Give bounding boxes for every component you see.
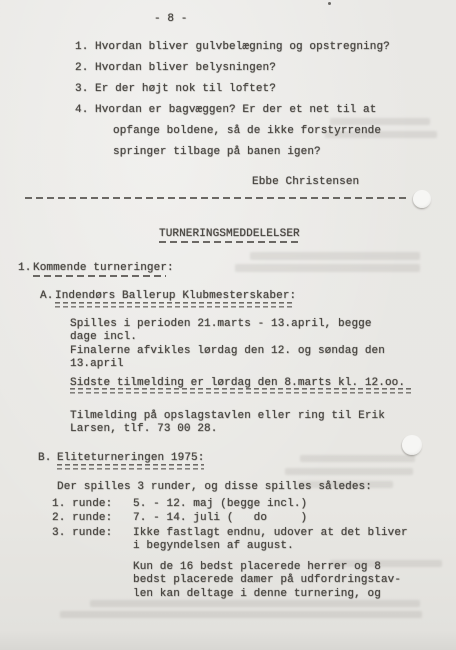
round-label: 1. runde: <box>52 498 112 511</box>
note-line: Kun de 16 bedst placerede herrer og 8 <box>133 561 381 574</box>
paragraph-line: Spilles i perioden 21.marts - 13.april, … <box>70 318 372 331</box>
heading-underline <box>159 241 298 243</box>
paragraph-line: Larsen, tlf. 73 00 28. <box>70 423 217 436</box>
document-heading: TURNERINGSMEDDELELSER <box>159 228 300 241</box>
bleed-through-artifact <box>60 611 422 618</box>
question-number: 2. <box>75 62 88 75</box>
bleed-through-artifact <box>300 455 415 462</box>
subsection-letter: B. <box>38 452 51 465</box>
question-text: Hvordan bliver gulvbelægning og opstregn… <box>95 41 390 54</box>
bleed-through-artifact <box>330 118 430 125</box>
ink-speck-artifact <box>328 2 331 5</box>
bleed-through-artifact <box>90 600 420 607</box>
paragraph-line: Der spilles 3 runder, og disse spilles s… <box>57 481 372 494</box>
note-line: len kan deltage i denne turnering, og <box>133 588 381 601</box>
punch-hole-bottom <box>402 435 422 455</box>
bleed-through-artifact <box>250 252 420 260</box>
round-value: Ikke fastlagt endnu, udover at det blive… <box>133 527 408 540</box>
paragraph-line: dage incl. <box>70 331 137 344</box>
paragraph-line: Tilmelding på opslagstavlen eller ring t… <box>70 410 385 423</box>
round-value: 7. - 14. juli ( do ) <box>133 512 307 525</box>
bleed-through-artifact <box>235 264 420 272</box>
question-text-continuation: springer tilbage på banen igen? <box>113 146 321 159</box>
paragraph-line: 13.april <box>70 358 124 371</box>
round-value: 5. - 12. maj (begge incl.) <box>133 498 307 511</box>
question-number: 1. <box>75 41 88 54</box>
question-text-continuation: opfange boldene, så de ikke forstyrrende <box>113 125 381 138</box>
bleed-through-artifact <box>285 468 413 475</box>
subsection-title-underline <box>55 302 295 308</box>
page-number: - 8 - <box>154 13 188 26</box>
question-number: 4. <box>75 104 88 117</box>
question-text: Hvordan bliver belysningen? <box>95 62 276 75</box>
round-value-continuation: i begyndelsen af august. <box>133 540 294 553</box>
signature-name: Ebbe Christensen <box>252 176 359 189</box>
punch-hole-top <box>413 190 431 208</box>
paragraph-line: Finalerne afvikles lørdag den 12. og søn… <box>70 345 385 358</box>
subsection-title-underline <box>57 464 204 470</box>
question-number: 3. <box>75 83 88 96</box>
dashed-separator <box>25 197 409 199</box>
section-title-underline <box>33 275 166 277</box>
scanned-typewritten-page: - 8 - 1. Hvordan bliver gulvbelægning og… <box>0 0 456 650</box>
question-text: Er der højt nok til loftet? <box>95 83 276 96</box>
note-line: bedst placerede damer på udfordringstav- <box>133 574 401 587</box>
deadline-underline <box>70 388 412 394</box>
subsection-letter: A. <box>40 290 53 303</box>
section-title: Kommende turneringer: <box>33 262 174 275</box>
question-text: Hvordan er bagvæggen? Er der et net til … <box>95 104 376 117</box>
round-label: 3. runde: <box>52 527 112 540</box>
round-label: 2. runde: <box>52 512 112 525</box>
section-number: 1. <box>18 262 31 275</box>
